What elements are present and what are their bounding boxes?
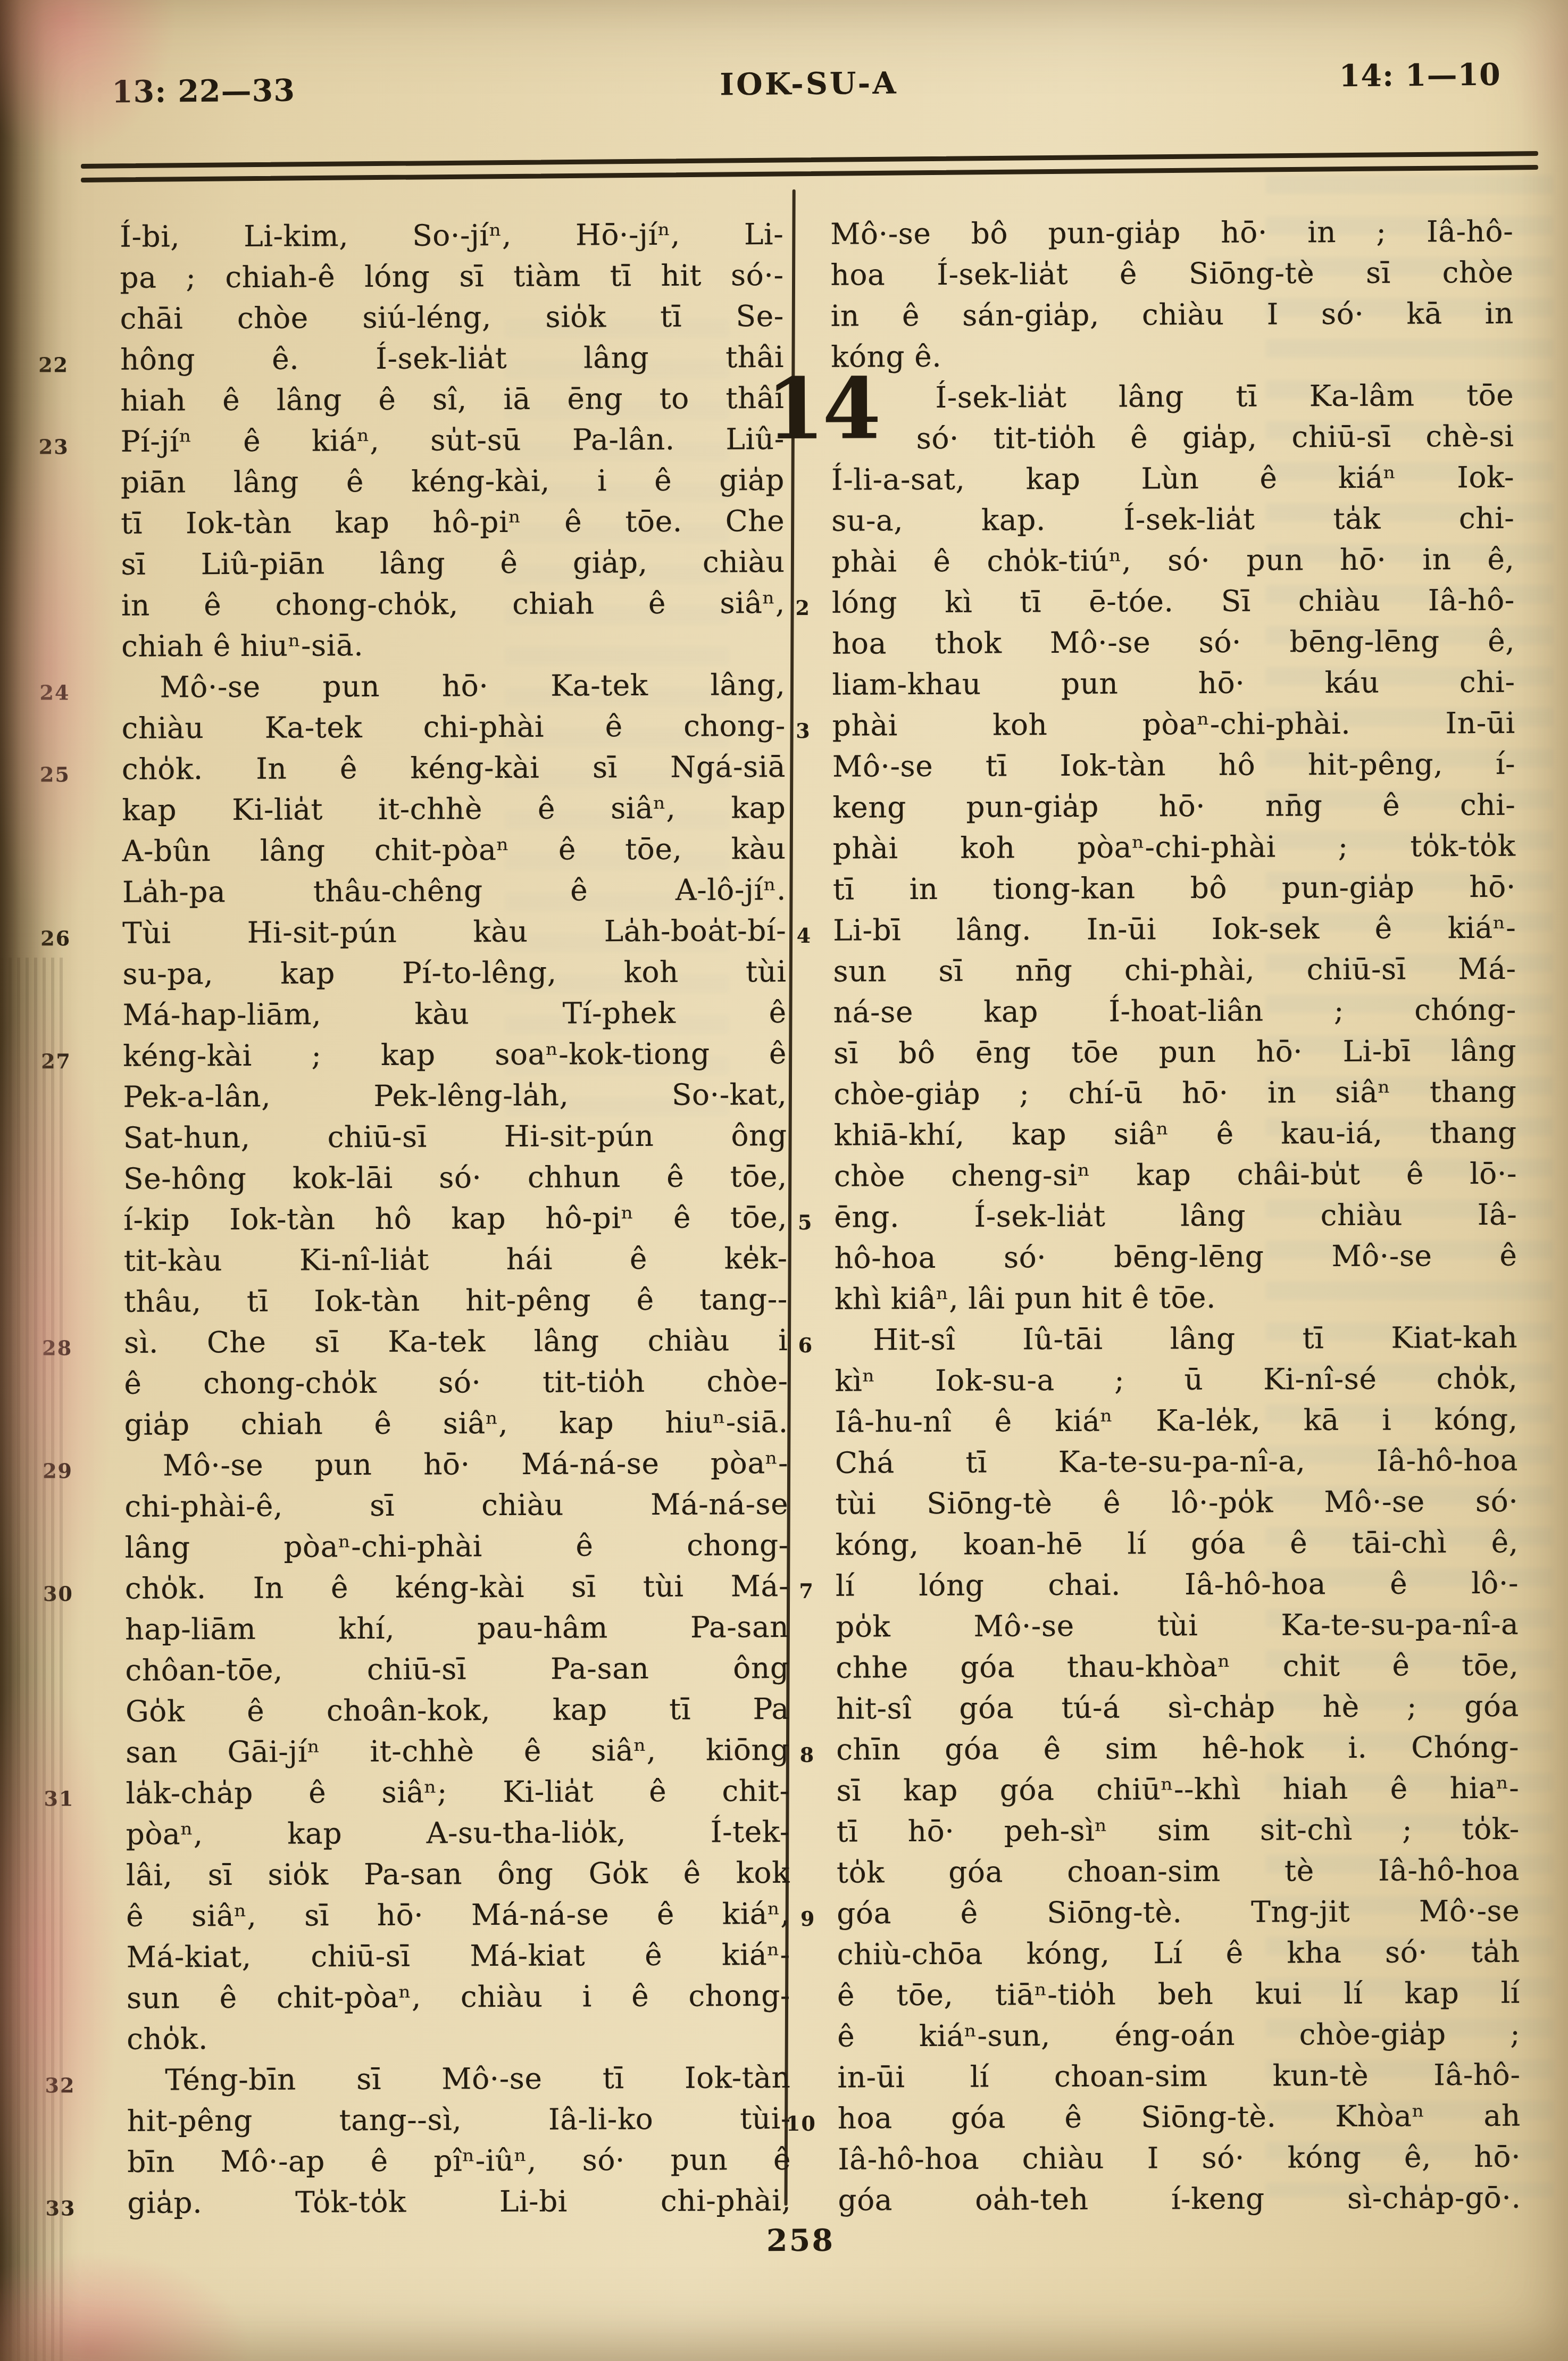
verse-text: phài koh pòaⁿ-chi-phài. In-ūi xyxy=(832,703,1515,746)
verse-text: phài ê cho̍k-tiúⁿ, só· pun hō· in ê, xyxy=(831,539,1514,583)
verse-text: tī Iok-tàn kap hô-piⁿ ê tōe. Che xyxy=(121,501,785,544)
verse-text: lí lóng chai. Iâ-hô-hoa ê lô·- xyxy=(836,1563,1519,1607)
verse-text: La̍h-pa thâu-chêng ê A-lô-jíⁿ. xyxy=(122,869,786,913)
verse-text: keng pun-gia̍p hō· nn̄g ê chi- xyxy=(832,785,1515,828)
verse-text: hoa thok Mô·-se só· bēng-lēng ê, xyxy=(832,621,1515,664)
verse-line: phài koh pòaⁿ-chi-phài ; to̍k-to̍k xyxy=(832,826,1515,869)
verse-line: 3phài koh pòaⁿ-chi-phài. In-ūi xyxy=(832,703,1515,746)
verse-text: su-pa, kap Pí-to-lêng, koh tùi xyxy=(122,951,786,995)
verse-text: hô-hoa só· bēng-lēng Mô·-se ê xyxy=(834,1235,1517,1279)
verse-text: ēng. Í-sek-lia̍t lâng chiàu Iâ- xyxy=(834,1194,1517,1238)
verse-text: hit-sî góa tú-á sì-cha̍p hè ; góa xyxy=(836,1686,1519,1730)
verse-line: 10hoa góa ê Siōng-tè. Khòaⁿ ah xyxy=(838,2096,1521,2139)
verse-text: Má-kiat, chiū-sī Má-kiat ê kiáⁿ- xyxy=(126,1934,790,1978)
verse-text: chi-phài-ê, sī chiàu Má-ná-se xyxy=(124,1484,788,1527)
verse-text: Hit-sî Iû-tāi lâng tī Kiat-kah xyxy=(835,1317,1517,1361)
verse-text: cho̍k. In ê kéng-kài sī tùi Má- xyxy=(125,1566,789,1609)
verse-text: chiù-chōa kóng, Lí ê kha só· ta̍h xyxy=(837,1932,1520,1975)
verse-line: tùi Siōng-tè ê lô·-po̍k Mô·-se só· xyxy=(835,1481,1518,1525)
verse-text: góa ê Siōng-tè. Tng-jit Mô·-se xyxy=(837,1891,1520,1934)
verse-line: kóng, koan-hē lí góa ê tāi-chì ê, xyxy=(835,1522,1518,1566)
verse-line: in-ūi lí choan-sim kun-tè Iâ-hô- xyxy=(837,2055,1520,2098)
verse-text: san Gāi-jíⁿ it-chhè ê siâⁿ, kiōng xyxy=(126,1730,789,1773)
verse-line: chiah ê hiuⁿ-siā. xyxy=(121,623,785,667)
verse-line: kap Ki-lia̍t it-chhè ê siâⁿ, kap xyxy=(122,787,786,831)
verse-line: 25cho̍k. In ê kéng-kài sī Ngá-siā xyxy=(122,746,786,790)
verse-line: in ê sán-gia̍p, chiàu I só· kā in xyxy=(831,293,1514,337)
verse-text: po̍k Mô·-se tùi Ka-te-su-pa-nî-a xyxy=(836,1604,1519,1648)
verse-text: lâi, sī sio̍k Pa-san ông Go̍k ê kok xyxy=(126,1852,790,1896)
verse-line: su-a, kap. Í-sek-lia̍t ta̍k chi- xyxy=(831,498,1514,542)
spine-grain xyxy=(0,958,64,2361)
scanned-book-page: 13: 22—33 IOK-SU-A 14: 1—10 Í-bi, Li-kim… xyxy=(0,0,1568,2361)
verse-text: pòaⁿ, kap A-su-tha-lio̍k, Í-tek- xyxy=(126,1811,790,1855)
verse-line: Mô·-se tī Iok-tàn hô hit-pêng, í- xyxy=(832,744,1515,787)
verse-text: Mô·-se pun hō· Ka-tek lâng, xyxy=(121,664,785,708)
verse-line: to̍k góa choan-sim tè Iâ-hô-hoa xyxy=(837,1850,1520,1893)
verse-text: lâng pòaⁿ-chi-phài ê chong- xyxy=(124,1525,788,1568)
verse-line: bīn Mô·-ap ê pîⁿ-iûⁿ, só· pun ê xyxy=(127,2139,791,2183)
verse-line: su-pa, kap Pí-to-lêng, koh tùi xyxy=(122,951,786,995)
verse-line: góa oa̍h-teh í-keng sì-cha̍p-gō·. xyxy=(838,2177,1521,2221)
verse-text: gia̍p chiah ê siâⁿ, kap hiuⁿ-siā. xyxy=(124,1402,788,1445)
verse-text: Téng-bīn sī Mô·-se tī Iok-tàn xyxy=(127,2057,790,2101)
verse-text: khiā-khí, kap siâⁿ ê kau-iá, thang xyxy=(834,1112,1517,1156)
verse-line: 22hông ê. Í-sek-lia̍t lâng thâi xyxy=(120,337,784,380)
verse-text: to̍k góa choan-sim tè Iâ-hô-hoa xyxy=(837,1850,1520,1893)
verse-text: hông ê. Í-sek-lia̍t lâng thâi xyxy=(120,337,784,380)
verse-line: sun ê chit-pòaⁿ, chiàu i ê chong- xyxy=(127,1975,790,2019)
verse-line: 24Mô·-se pun hō· Ka-tek lâng, xyxy=(121,664,785,708)
verse-line: Iâ-hô-hoa chiàu I só· kóng ê, hō· xyxy=(838,2136,1521,2180)
verse-line: piān lâng ê kéng-kài, i ê gia̍p xyxy=(121,460,785,503)
verse-line: Má-kiat, chiū-sī Má-kiat ê kiáⁿ- xyxy=(126,1934,790,1978)
verse-text: A-bûn lâng chit-pòaⁿ ê tōe, kàu xyxy=(122,828,786,872)
verse-line: 26Tùi Hi-sit-pún kàu La̍h-boa̍t-bí- xyxy=(122,910,786,954)
verse-number: 7 xyxy=(755,1570,814,1611)
verse-line: chhe góa thau-khòaⁿ chit ê tōe, xyxy=(836,1645,1519,1689)
verse-line: í-kip Iok-tàn hô kap hô-piⁿ ê tōe, xyxy=(123,1197,787,1241)
verse-line: La̍h-pa thâu-chêng ê A-lô-jíⁿ. xyxy=(122,869,786,913)
verse-line: Sat-hun, chiū-sī Hi-sit-pún ông xyxy=(123,1115,787,1159)
verse-text: Má-hap-liām, kàu Tí-phek ê xyxy=(123,992,787,1036)
verse-line: tī hō· peh-sìⁿ sim sit-chì ; to̍k- xyxy=(837,1809,1520,1852)
verse-text: Í-sek-lia̍t lâng tī Ka-lâm tōe xyxy=(831,375,1514,419)
verse-line: gia̍p chiah ê siâⁿ, kap hiuⁿ-siā. xyxy=(124,1402,788,1445)
verse-text: Li-bī lâng. In-ūi Iok-sek ê kiáⁿ- xyxy=(833,908,1516,951)
verse-line: 8chīn góa ê sim hê-hok i. Chóng- xyxy=(836,1727,1519,1770)
verse-text: chòe cheng-siⁿ kap châi-bu̍t ê lō·- xyxy=(834,1153,1517,1197)
verse-text: su-a, kap. Í-sek-lia̍t ta̍k chi- xyxy=(831,498,1514,542)
verse-text: Í-li-a-sat, kap Lùn ê kiáⁿ Iok- xyxy=(831,457,1514,501)
verse-text: ê siâⁿ, sī hō· Má-ná-se ê kiáⁿ, xyxy=(126,1893,790,1937)
verse-text: ê chong-cho̍k só· tit-tio̍h chòe- xyxy=(124,1361,788,1404)
verse-line: liam-khau pun hō· káu chi- xyxy=(832,662,1515,705)
verse-line: hoa thok Mô·-se só· bēng-lēng ê, xyxy=(832,621,1515,664)
verse-line: 9góa ê Siōng-tè. Tng-jit Mô·-se xyxy=(837,1891,1520,1934)
verse-text: in ê chong-cho̍k, chiah ê siâⁿ, xyxy=(121,583,785,626)
verse-text: góa oa̍h-teh í-keng sì-cha̍p-gō·. xyxy=(838,2177,1521,2221)
verse-line: chāi chòe siú-léng, sio̍k tī Se- xyxy=(120,296,784,339)
verse-line: tī Iok-tàn kap hô-piⁿ ê tōe. Che xyxy=(121,501,785,544)
verse-text: chiah ê hiuⁿ-siā. xyxy=(121,623,785,667)
verse-line: 5ēng. Í-sek-lia̍t lâng chiàu Iâ- xyxy=(834,1194,1517,1238)
verse-line: sī kap góa chiūⁿ--khì hiah ê hiaⁿ- xyxy=(836,1768,1519,1811)
verse-line: ê kiáⁿ-sun, éng-oán chòe-gia̍p ; xyxy=(837,2014,1520,2057)
verse-line: hap-liām khí, pau-hâm Pa-san xyxy=(125,1607,789,1650)
verse-text: hit-pêng tang--sì, Iâ-li-ko tùi- xyxy=(127,2098,791,2142)
verse-line: sī bô ēng tōe pun hō· Li-bī lâng xyxy=(833,1030,1516,1074)
verse-text: Mô·-se pun hō· Má-ná-se pòaⁿ- xyxy=(124,1443,788,1486)
verse-text: hoa góa ê Siōng-tè. Khòaⁿ ah xyxy=(838,2096,1521,2139)
verse-text: kìⁿ Iok-su-a ; ū Ki-nî-sé cho̍k, xyxy=(835,1358,1517,1402)
verse-number: 8 xyxy=(755,1734,815,1775)
verse-text: sun sī nn̄g chi-phài, chiū-sī Má- xyxy=(833,949,1516,992)
verse-text: Í-bi, Li-kim, So·-jíⁿ, Hō·-jíⁿ, Li- xyxy=(120,214,783,257)
verse-line: 29Mô·-se pun hō· Má-ná-se pòaⁿ- xyxy=(124,1443,788,1486)
verse-line: sī Liû-piān lâng ê gia̍p, chiàu xyxy=(121,542,785,585)
verse-line: Í-sek-lia̍t lâng tī Ka-lâm tōe xyxy=(831,375,1514,419)
page-body: Í-bi, Li-kim, So·-jíⁿ, Hō·-jíⁿ, Li-pa ; … xyxy=(0,0,1568,2361)
verse-line: Se-hông kok-lāi só· chhun ê tōe, xyxy=(123,1156,787,1200)
verse-line: 28sì. Che sī Ka-tek lâng chiàu i xyxy=(124,1320,788,1364)
verse-text: chòe-gia̍p ; chí-ū hō· in siâⁿ thang xyxy=(833,1071,1516,1115)
verse-line: phài ê cho̍k-tiúⁿ, só· pun hō· in ê, xyxy=(831,539,1514,583)
verse-text: Mô·-se bô pun-gia̍p hō· in ; Iâ-hô- xyxy=(830,211,1513,255)
verse-text: sī kap góa chiūⁿ--khì hiah ê hiaⁿ- xyxy=(836,1768,1519,1811)
verse-line: cho̍k. xyxy=(127,2016,790,2060)
verse-line: hit-pêng tang--sì, Iâ-li-ko tùi- xyxy=(127,2098,791,2142)
verse-line: ná-se kap Í-hoat-liân ; chóng- xyxy=(833,990,1516,1033)
verse-line: po̍k Mô·-se tùi Ka-te-su-pa-nî-a xyxy=(836,1604,1519,1648)
verse-line: ê tōe, tiāⁿ-tio̍h beh kui lí kap lí xyxy=(837,1973,1520,2016)
verse-text: tī in tiong-kan bô pun-gia̍p hō· xyxy=(833,867,1516,910)
verse-line: lâng pòaⁿ-chi-phài ê chong- xyxy=(124,1525,788,1568)
verse-number: 9 xyxy=(756,1898,815,1939)
verse-text: sun ê chit-pòaⁿ, chiàu i ê chong- xyxy=(127,1975,790,2019)
verse-line: 30cho̍k. In ê kéng-kài sī tùi Má- xyxy=(125,1566,789,1609)
verse-text: í-kip Iok-tàn hô kap hô-piⁿ ê tōe, xyxy=(123,1197,787,1241)
verse-line: 33gia̍p. To̍k-to̍k Li-bi chi-phài, xyxy=(127,2180,791,2224)
verse-text: Pek-a-lân, Pek-lêng-la̍h, So·-kat, xyxy=(123,1074,787,1118)
verse-text: cho̍k. xyxy=(127,2016,790,2060)
verse-text: in ê sán-gia̍p, chiàu I só· kā in xyxy=(831,293,1514,337)
verse-line: Í-bi, Li-kim, So·-jíⁿ, Hō·-jíⁿ, Li- xyxy=(120,214,783,257)
verse-line: 6Hit-sî Iû-tāi lâng tī Kiat-kah xyxy=(835,1317,1517,1361)
verse-text: thâu, tī Iok-tàn hit-pêng ê tang-- xyxy=(124,1279,788,1323)
verse-line: thâu, tī Iok-tàn hit-pêng ê tang-- xyxy=(124,1279,788,1323)
verse-text: Chá tī Ka-te-su-pa-nî-a, Iâ-hô-hoa xyxy=(835,1440,1518,1484)
verse-line: ê chong-cho̍k só· tit-tio̍h chòe- xyxy=(124,1361,788,1404)
verse-text: kéng-kài ; kap soaⁿ-kok-tiong ê xyxy=(123,1033,787,1077)
verse-text: khì kiâⁿ, lâi pun hit ê tōe. xyxy=(835,1276,1517,1320)
verse-line: 4Li-bī lâng. In-ūi Iok-sek ê kiáⁿ- xyxy=(833,908,1516,951)
verse-text: lóng kì tī ē-tóe. Sī chiàu Iâ-hô- xyxy=(832,580,1515,623)
verse-line: só· tit-tio̍h ê gia̍p, chiū-sī chè-si xyxy=(831,416,1514,460)
verse-text: ê kiáⁿ-sun, éng-oán chòe-gia̍p ; xyxy=(837,2014,1520,2057)
verse-line: 23Pí-jíⁿ ê kiáⁿ, su̍t-sū Pa-lân. Liû- xyxy=(121,419,785,462)
verse-line: 27kéng-kài ; kap soaⁿ-kok-tiong ê xyxy=(123,1033,787,1077)
verse-text: chôan-tōe, chiū-sī Pa-san ông xyxy=(125,1648,789,1691)
verse-text: só· tit-tio̍h ê gia̍p, chiū-sī chè-si xyxy=(831,416,1514,460)
verse-line: Mô·-se bô pun-gia̍p hō· in ; Iâ-hô- xyxy=(830,211,1513,255)
verse-text: chāi chòe siú-léng, sio̍k tī Se- xyxy=(120,296,784,339)
verse-line: tit-kàu Ki-nî-lia̍t hái ê ke̍k- xyxy=(123,1238,787,1282)
verse-text: kap Ki-lia̍t it-chhè ê siâⁿ, kap xyxy=(122,787,786,831)
verse-text: hoa Í-sek-lia̍t ê Siōng-tè sī chòe xyxy=(830,252,1513,296)
verse-line: Í-li-a-sat, kap Lùn ê kiáⁿ Iok- xyxy=(831,457,1514,501)
verse-line: 32Téng-bīn sī Mô·-se tī Iok-tàn xyxy=(127,2057,790,2101)
verse-text: pa ; chiah-ê lóng sī tiàm tī hit só·- xyxy=(120,255,783,298)
verse-line: hoa Í-sek-lia̍t ê Siōng-tè sī chòe xyxy=(830,252,1513,296)
verse-text: sī Liû-piān lâng ê gia̍p, chiàu xyxy=(121,542,785,585)
verse-text: Sat-hun, chiū-sī Hi-sit-pún ông xyxy=(123,1115,787,1159)
verse-line: A-bûn lâng chit-pòaⁿ ê tōe, kàu xyxy=(122,828,786,872)
verse-text: kóng, koan-hē lí góa ê tāi-chì ê, xyxy=(835,1522,1518,1566)
verse-line: chôan-tōe, chiū-sī Pa-san ông xyxy=(125,1648,789,1691)
right-column: 14 Mô·-se bô pun-gia̍p hō· in ; Iâ-hô-ho… xyxy=(830,211,1521,2221)
page-number: 258 xyxy=(729,2222,872,2258)
verse-line: chi-phài-ê, sī chiàu Má-ná-se xyxy=(124,1484,788,1527)
verse-text: Mô·-se tī Iok-tàn hô hit-pêng, í- xyxy=(832,744,1515,787)
verse-text: ê tōe, tiāⁿ-tio̍h beh kui lí kap lí xyxy=(837,1973,1520,2016)
verse-text: tùi Siōng-tè ê lô·-po̍k Mô·-se só· xyxy=(835,1481,1518,1525)
verse-line: Chá tī Ka-te-su-pa-nî-a, Iâ-hô-hoa xyxy=(835,1440,1518,1484)
verse-text: in-ūi lí choan-sim kun-tè Iâ-hô- xyxy=(837,2055,1520,2098)
verse-line: san Gāi-jíⁿ it-chhè ê siâⁿ, kiōng xyxy=(126,1730,789,1773)
verse-text: piān lâng ê kéng-kài, i ê gia̍p xyxy=(121,460,785,503)
verse-line: 2lóng kì tī ē-tóe. Sī chiàu Iâ-hô- xyxy=(832,580,1515,623)
verse-text: chhe góa thau-khòaⁿ chit ê tōe, xyxy=(836,1645,1519,1689)
verse-line: tī in tiong-kan bô pun-gia̍p hō· xyxy=(833,867,1516,910)
verse-text: hiah ê lâng ê sî, iā ēng to thâi xyxy=(120,378,784,421)
verse-text: Go̍k ê choân-kok, kap tī Pa xyxy=(126,1689,789,1732)
verse-line: hô-hoa só· bēng-lēng Mô·-se ê xyxy=(834,1235,1517,1279)
verse-text: ná-se kap Í-hoat-liân ; chóng- xyxy=(833,990,1516,1033)
verse-text: cho̍k. In ê kéng-kài sī Ngá-siā xyxy=(122,746,786,790)
verse-text: la̍k-cha̍p ê siâⁿ; Ki-lia̍t ê chit- xyxy=(126,1770,789,1814)
verse-number: 5 xyxy=(753,1202,813,1243)
verse-line: Má-hap-liām, kàu Tí-phek ê xyxy=(123,992,787,1036)
verse-line: hiah ê lâng ê sî, iā ēng to thâi xyxy=(120,378,784,421)
verse-line: lâi, sī sio̍k Pa-san ông Go̍k ê kok xyxy=(126,1852,790,1896)
verse-line: chiàu Ka-tek chi-phài ê chong- xyxy=(122,705,786,749)
verse-number: 3 xyxy=(752,710,811,751)
verse-line: ê siâⁿ, sī hō· Má-ná-se ê kiáⁿ, xyxy=(126,1893,790,1937)
verse-line: Go̍k ê choân-kok, kap tī Pa xyxy=(126,1689,789,1732)
verse-line: khì kiâⁿ, lâi pun hit ê tōe. xyxy=(835,1276,1517,1320)
verse-line: Pek-a-lân, Pek-lêng-la̍h, So·-kat, xyxy=(123,1074,787,1118)
verse-text: Iâ-hu-nî ê kiáⁿ Ka-le̍k, kā i kóng, xyxy=(835,1399,1518,1443)
verse-line: sun sī nn̄g chi-phài, chiū-sī Má- xyxy=(833,949,1516,992)
verse-line: pa ; chiah-ê lóng sī tiàm tī hit só·- xyxy=(120,255,783,298)
verse-line: kóng ê. xyxy=(831,334,1514,378)
verse-line: chiù-chōa kóng, Lí ê kha só· ta̍h xyxy=(837,1932,1520,1975)
verse-line: chòe cheng-siⁿ kap châi-bu̍t ê lō·- xyxy=(834,1153,1517,1197)
verse-text: liam-khau pun hō· káu chi- xyxy=(832,662,1515,705)
verse-text: Iâ-hô-hoa chiàu I só· kóng ê, hō· xyxy=(838,2136,1521,2180)
verse-number: 4 xyxy=(752,915,812,956)
left-column: Í-bi, Li-kim, So·-jíⁿ, Hō·-jíⁿ, Li-pa ; … xyxy=(120,214,791,2224)
verse-line: Iâ-hu-nî ê kiáⁿ Ka-le̍k, kā i kóng, xyxy=(835,1399,1518,1443)
verse-number: 10 xyxy=(757,2103,816,2144)
verse-text: gia̍p. To̍k-to̍k Li-bi chi-phài, xyxy=(127,2180,791,2224)
verse-line: in ê chong-cho̍k, chiah ê siâⁿ, xyxy=(121,583,785,626)
verse-line: keng pun-gia̍p hō· nn̄g ê chi- xyxy=(832,785,1515,828)
verse-text: bīn Mô·-ap ê pîⁿ-iûⁿ, só· pun ê xyxy=(127,2139,791,2183)
verse-line: 31la̍k-cha̍p ê siâⁿ; Ki-lia̍t ê chit- xyxy=(126,1770,789,1814)
verse-text: tit-kàu Ki-nî-lia̍t hái ê ke̍k- xyxy=(123,1238,787,1282)
verse-line: hit-sî góa tú-á sì-cha̍p hè ; góa xyxy=(836,1686,1519,1730)
verse-line: khiā-khí, kap siâⁿ ê kau-iá, thang xyxy=(834,1112,1517,1156)
verse-text: sì. Che sī Ka-tek lâng chiàu i xyxy=(124,1320,788,1364)
verse-text: Pí-jíⁿ ê kiáⁿ, su̍t-sū Pa-lân. Liû- xyxy=(121,419,785,462)
verse-text: kóng ê. xyxy=(831,334,1514,378)
verse-text: hap-liām khí, pau-hâm Pa-san xyxy=(125,1607,789,1650)
verse-text: tī hō· peh-sìⁿ sim sit-chì ; to̍k- xyxy=(837,1809,1520,1852)
verse-line: pòaⁿ, kap A-su-tha-lio̍k, Í-tek- xyxy=(126,1811,790,1855)
verse-line: chòe-gia̍p ; chí-ū hō· in siâⁿ thang xyxy=(833,1071,1516,1115)
verse-line: kìⁿ Iok-su-a ; ū Ki-nî-sé cho̍k, xyxy=(835,1358,1517,1402)
verse-text: chīn góa ê sim hê-hok i. Chóng- xyxy=(836,1727,1519,1770)
verse-line: 7lí lóng chai. Iâ-hô-hoa ê lô·- xyxy=(836,1563,1519,1607)
verse-text: sī bô ēng tōe pun hō· Li-bī lâng xyxy=(833,1030,1516,1074)
verse-text: Se-hông kok-lāi só· chhun ê tōe, xyxy=(123,1156,787,1200)
verse-number: 2 xyxy=(751,587,811,628)
verse-text: chiàu Ka-tek chi-phài ê chong- xyxy=(122,705,786,749)
verse-text: Tùi Hi-sit-pún kàu La̍h-boa̍t-bí- xyxy=(122,910,786,954)
verse-number: 6 xyxy=(754,1325,813,1366)
verse-text: phài koh pòaⁿ-chi-phài ; to̍k-to̍k xyxy=(832,826,1515,869)
